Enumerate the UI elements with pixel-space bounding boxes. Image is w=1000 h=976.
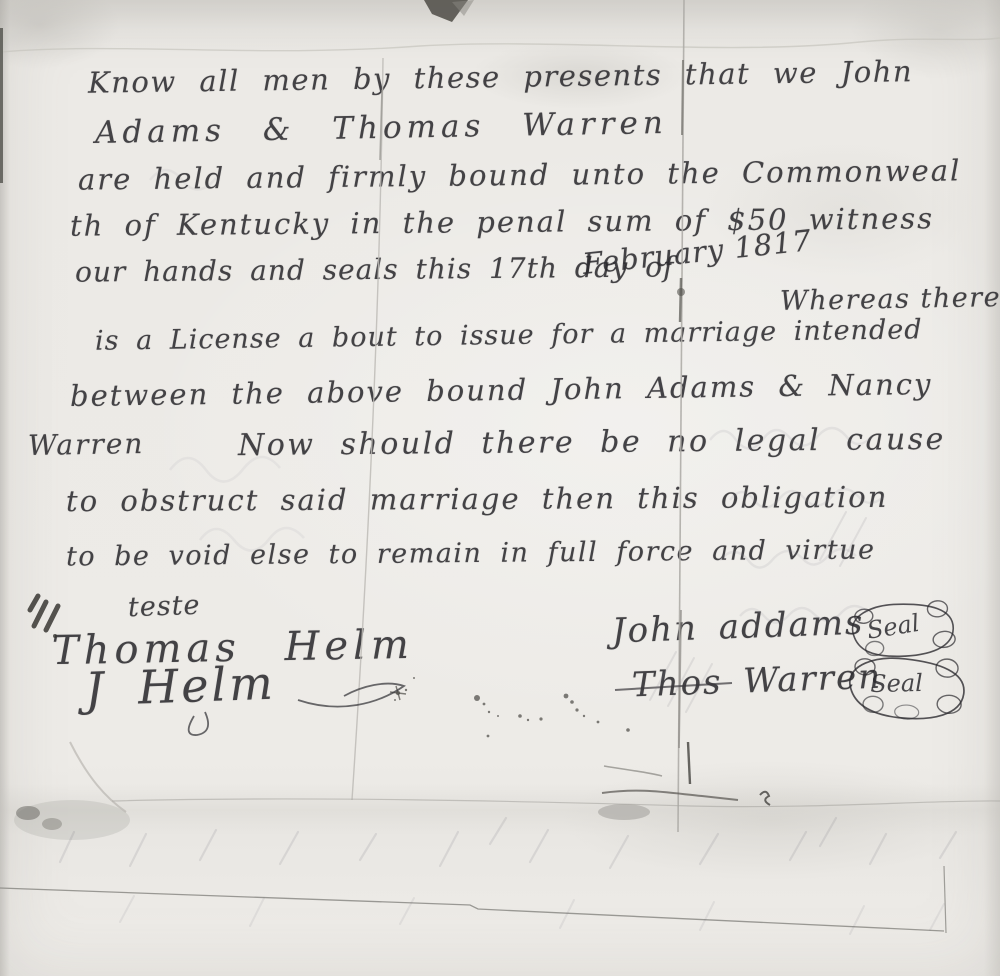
paper-stain <box>0 0 120 70</box>
asterisk-mark <box>390 686 406 700</box>
right-scan-edge <box>984 0 1000 976</box>
bottom-left-smudge-dark2 <box>42 818 62 830</box>
signature-flourish-loop <box>189 712 208 735</box>
margin-ink-dashes <box>30 596 58 630</box>
bottom-left-tear-curve <box>70 742 126 812</box>
manuscript-whereas: Whereas there <box>780 284 1000 316</box>
manuscript-line-2: Adams & Thomas Warren <box>95 107 668 150</box>
manuscript-line-8: Now should there be no legal cause <box>238 424 946 462</box>
paper-stain <box>560 760 980 880</box>
fold-crease-right-dark2 <box>680 278 681 322</box>
bleed-through-diagonals-1 <box>60 818 956 868</box>
bottom-left-smudge-dark1 <box>16 806 40 820</box>
fold-blotch <box>677 288 685 296</box>
seal-word: Seal <box>870 669 923 698</box>
top-tear-line <box>0 38 1000 52</box>
ink-blotch-top <box>424 0 468 22</box>
manuscript-line-6: is a License a bout to issue for a marri… <box>95 316 923 356</box>
scanned-marriage-bond-document: Know all men by these presents that we J… <box>0 0 1000 976</box>
fold-crease-right <box>678 0 684 832</box>
signature-john-addams: John addams <box>611 606 865 650</box>
manuscript-line-10: to be void else to remain in full force … <box>66 536 876 571</box>
signature-flourish-sweep <box>298 684 404 707</box>
ink-speckles <box>394 677 630 737</box>
manuscript-line-1: Know all men by these presents that we J… <box>88 56 913 98</box>
bleed-through-diagonals-2 <box>120 896 944 934</box>
crease-cluster-h2 <box>604 766 662 776</box>
bottom-page-edge <box>0 888 944 931</box>
crease-cluster-v <box>688 742 690 784</box>
crease-cluster-h1 <box>602 791 738 800</box>
horizontal-fold-line <box>112 799 1000 807</box>
small-hook-mark <box>760 792 770 805</box>
manuscript-line-9: to obstruct said marriage then this obli… <box>66 482 889 517</box>
fold-shadow-band <box>0 784 1000 836</box>
bottom-left-smudge <box>14 800 130 840</box>
manuscript-line-7: between the above bound John Adams & Nan… <box>70 369 933 411</box>
torn-top-edge <box>0 0 1000 50</box>
manuscript-warren: Warren <box>28 429 145 460</box>
manuscript-teste: teste <box>128 592 201 623</box>
manuscript-line-3: are held and firmly bound unto the Commo… <box>78 155 962 195</box>
bottom-right-vertical-edge <box>944 866 946 933</box>
seal-flourish-thos-warren: Seal <box>838 647 974 728</box>
ink-blotch-top-light <box>452 0 474 16</box>
left-scan-edge <box>0 0 10 976</box>
witness-signature-j-helm: J Helm <box>84 659 276 714</box>
crease-smudge <box>598 804 650 820</box>
